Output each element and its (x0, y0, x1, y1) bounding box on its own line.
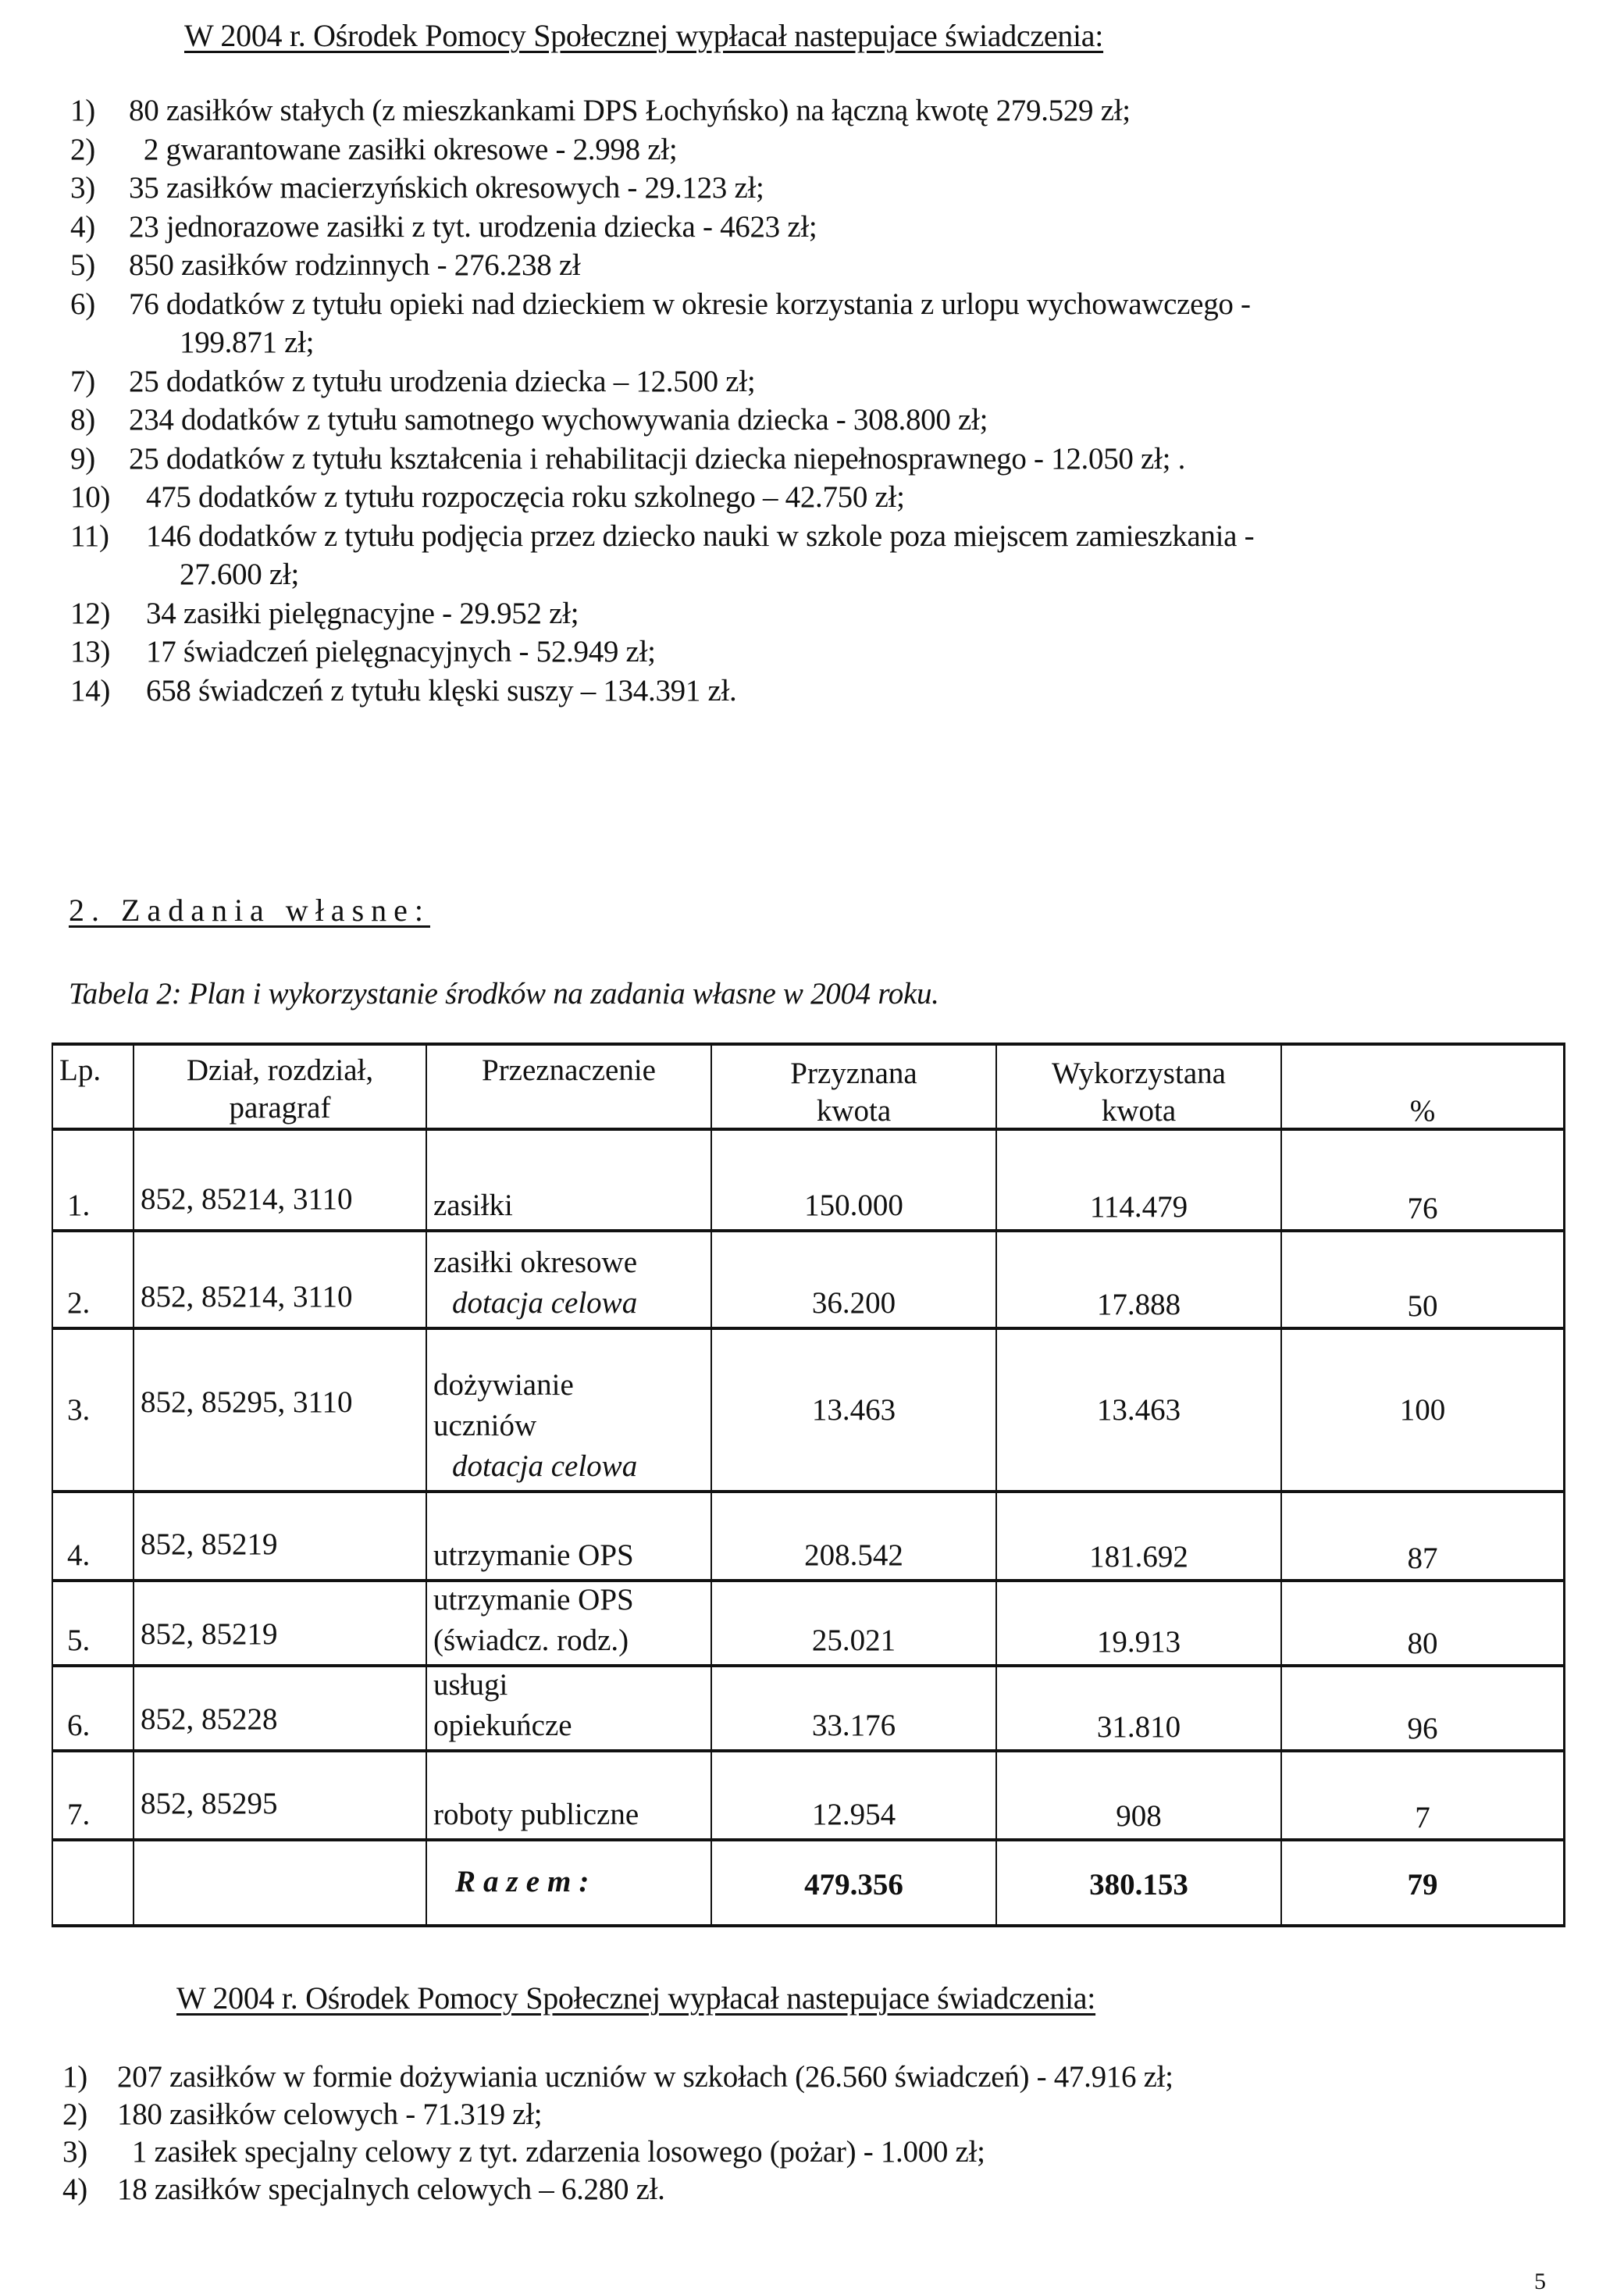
cell-dzial: 852, 85219 (141, 1613, 278, 1656)
header-wykorzystana: Wykorzystana kwota (995, 1046, 1280, 1128)
list-item-number: 3) (70, 173, 95, 203)
cell-procent: 80 (1282, 1622, 1563, 1666)
table-row: 5.852, 85219utrzymanie OPS(świadcz. rodz… (52, 1582, 1565, 1667)
table-row: 7.852, 85295roboty publiczne12.9549087 (52, 1752, 1565, 1841)
cell-lp: 5. (52, 1582, 133, 1664)
cell-wykorzystana: 19.913 (995, 1582, 1280, 1664)
list-item-number: 5) (70, 250, 95, 280)
cell-procent: 96 (1280, 1667, 1565, 1749)
cell-procent: 76 (1280, 1131, 1565, 1229)
list-item: 80 zasiłków stałych (z mieszkankami DPS … (129, 95, 1131, 126)
header-przyznana-line2: kwota (712, 1089, 995, 1133)
cell-lp: 4. (52, 1493, 133, 1579)
cell-przyznana: 33.176 (712, 1704, 995, 1748)
cell-przyznana: 25.021 (710, 1582, 995, 1664)
cell-przeznaczenie-line: dotacja celowa (452, 1281, 637, 1325)
cell-procent: 50 (1280, 1232, 1565, 1327)
total-przyznana-text: 479.356 (712, 1863, 995, 1907)
cell-przyznana: 13.463 (712, 1388, 995, 1432)
table-header-row: Lp. Dział, rozdział, paragraf Przeznacze… (52, 1043, 1565, 1131)
cell-procent: 87 (1282, 1537, 1563, 1581)
cell-przeznaczenie: utrzymanie OPS(świadcz. rodz.) (426, 1582, 710, 1664)
header-lp: Lp. (52, 1046, 133, 1128)
cell-wykorzystana: 114.479 (997, 1185, 1280, 1229)
table-row: 2.852, 85214, 3110zasiłki okresowedotacj… (52, 1232, 1565, 1330)
cell-lp: 1. (67, 1184, 90, 1228)
list-item: 34 zasiłki pielęgnacyjne - 29.952 zł; (146, 598, 579, 629)
cell-dzial: 852, 85214, 3110 (133, 1232, 426, 1327)
cell-przyznana: 208.542 (710, 1493, 995, 1579)
cell-wykorzystana: 17.888 (997, 1283, 1280, 1327)
list-item-number: 11) (70, 521, 109, 551)
cell-przyznana: 208.542 (712, 1534, 995, 1577)
cell-przyznana: 36.200 (710, 1232, 995, 1327)
list-item: 146 dodatków z tytułu podjęcia przez dzi… (146, 521, 1254, 551)
cell-przeznaczenie-line: roboty publiczne (433, 1793, 639, 1837)
cell-lp: 6. (67, 1704, 90, 1748)
cell-przyznana: 12.954 (712, 1793, 995, 1837)
cell-przyznana: 150.000 (710, 1131, 995, 1229)
total-przyznana: 479.356 (710, 1841, 995, 1924)
list-item: 475 dodatków z tytułu rozpoczęcia roku s… (146, 482, 905, 512)
cell-dzial: 852, 85295 (141, 1782, 278, 1826)
list-item: 1 zasiłek specjalny celowy z tyt. zdarze… (117, 2137, 985, 2167)
cell-dzial: 852, 85228 (133, 1667, 426, 1749)
cell-przeznaczenie-line: dotacja celowa (452, 1445, 637, 1488)
list-item-number: 14) (70, 675, 110, 706)
cell-wykorzystana: 908 (997, 1795, 1280, 1838)
cell-dzial: 852, 85295, 3110 (133, 1330, 426, 1490)
header-przeznaczenie: Przeznaczenie (426, 1046, 710, 1128)
list-item: 17 świadczeń pielęgnacyjnych - 52.949 zł… (146, 636, 656, 667)
cell-przeznaczenie: utrzymanie OPS (426, 1493, 710, 1579)
list-item-number: 7) (70, 366, 95, 397)
list-item-number: 10) (70, 482, 110, 512)
cell-lp: 3. (52, 1330, 133, 1490)
cell-przeznaczenie-line: zasiłki okresowe (433, 1241, 637, 1285)
table-row: 3.852, 85295, 3110dożywianieuczniówdotac… (52, 1330, 1565, 1493)
cell-przeznaczenie: roboty publiczne (426, 1752, 710, 1838)
header-lp-text: Lp. (59, 1049, 101, 1093)
cell-procent: 50 (1282, 1285, 1563, 1328)
cell-procent: 7 (1282, 1796, 1563, 1840)
cell-przyznana: 150.000 (712, 1184, 995, 1228)
cell-lp: 3. (67, 1388, 90, 1432)
list-item: 35 zasiłków macierzyńskich okresowych - … (129, 173, 764, 203)
cell-lp: 1. (52, 1131, 133, 1229)
cell-procent: 7 (1280, 1752, 1565, 1838)
list-item-continuation: 199.871 zł; (180, 327, 314, 358)
cell-przeznaczenie: usługiopiekuńcze (426, 1667, 710, 1749)
cell-przeznaczenie-line: utrzymanie OPS (433, 1534, 634, 1577)
list-item-number: 4) (62, 2174, 87, 2205)
cell-wykorzystana: 908 (995, 1752, 1280, 1838)
cell-procent: 100 (1282, 1388, 1563, 1432)
cell-wykorzystana: 31.810 (997, 1706, 1280, 1749)
list-item: 18 zasiłków specjalnych celowych – 6.280… (117, 2174, 665, 2205)
cell-lp: 5. (67, 1619, 90, 1663)
table-row: 4.852, 85219utrzymanie OPS208.542181.692… (52, 1493, 1565, 1582)
section-heading: W 2004 r. Ośrodek Pomocy Społecznej wypł… (184, 17, 1103, 54)
cell-lp: 7. (52, 1752, 133, 1838)
cell-dzial: 852, 85214, 3110 (133, 1131, 426, 1229)
cell-wykorzystana: 19.913 (997, 1620, 1280, 1664)
cell-wykorzystana: 31.810 (995, 1667, 1280, 1749)
total-lp (52, 1841, 133, 1924)
cell-dzial: 852, 85214, 3110 (141, 1178, 353, 1221)
list-item: 180 zasiłków celowych - 71.319 zł; (117, 2099, 542, 2130)
cell-wykorzystana: 13.463 (997, 1388, 1280, 1432)
cell-wykorzystana: 181.692 (995, 1493, 1280, 1579)
cell-przeznaczenie-line: usługi (433, 1663, 507, 1707)
cell-przyznana: 25.021 (712, 1619, 995, 1663)
total-wykorzystana-text: 380.153 (997, 1863, 1280, 1907)
cell-przeznaczenie-line: utrzymanie OPS (433, 1578, 634, 1622)
list-item-number: 6) (70, 289, 95, 319)
total-dzial (133, 1841, 426, 1924)
cell-wykorzystana: 13.463 (995, 1330, 1280, 1490)
cell-lp: 2. (52, 1232, 133, 1327)
total-procent: 79 (1280, 1841, 1565, 1924)
list-item: 207 zasiłków w formie dożywiania uczniów… (117, 2062, 1173, 2092)
cell-wykorzystana: 17.888 (995, 1232, 1280, 1327)
cell-dzial: 852, 85295, 3110 (141, 1381, 353, 1424)
cell-procent: 87 (1280, 1493, 1565, 1579)
total-label: Razem: (455, 1860, 597, 1904)
cell-lp: 7. (67, 1793, 90, 1837)
header-przyznana: Przyznana kwota (710, 1046, 995, 1128)
table-row: 1.852, 85214, 3110zasiłki150.000114.4797… (52, 1131, 1565, 1232)
cell-przeznaczenie-line: dożywianie (433, 1363, 574, 1407)
list-item-number: 1) (70, 95, 95, 126)
table-caption: Tabela 2: Plan i wykorzystanie środków n… (69, 976, 939, 1011)
list-item-number: 12) (70, 598, 110, 629)
cell-dzial: 852, 85219 (133, 1493, 426, 1579)
cell-przeznaczenie: zasiłki okresowedotacja celowa (426, 1232, 710, 1327)
list-item: 234 dodatków z tytułu samotnego wychowyw… (129, 405, 988, 435)
header-dzial-line2: paragraf (134, 1086, 426, 1130)
header-procent: % (1280, 1046, 1565, 1128)
total-procent-text: 79 (1282, 1863, 1563, 1907)
cell-procent: 80 (1280, 1582, 1565, 1664)
cell-dzial: 852, 85219 (141, 1523, 278, 1567)
cell-dzial: 852, 85295 (133, 1752, 426, 1838)
list-item: 850 zasiłków rodzinnych - 276.238 zł (129, 250, 580, 280)
cell-dzial: 852, 85228 (141, 1698, 278, 1741)
cell-przyznana: 33.176 (710, 1667, 995, 1749)
list-item: 23 jednorazowe zasiłki z tyt. urodzenia … (129, 212, 817, 242)
table-body: 1.852, 85214, 3110zasiłki150.000114.4797… (52, 1131, 1565, 1841)
section-title: 2. Zadania własne: (69, 892, 430, 929)
cell-przeznaczenie: zasiłki (426, 1131, 710, 1229)
list-item-continuation: 27.600 zł; (180, 559, 299, 590)
cell-przeznaczenie-line: zasiłki (433, 1184, 513, 1228)
list-item-number: 2) (70, 134, 95, 165)
cell-lp: 6. (52, 1667, 133, 1749)
cell-lp: 4. (67, 1534, 90, 1577)
header-dzial: Dział, rozdział, paragraf (133, 1046, 426, 1128)
cell-lp: 2. (67, 1281, 90, 1325)
cell-wykorzystana: 181.692 (997, 1535, 1280, 1579)
cell-dzial: 852, 85214, 3110 (141, 1275, 353, 1319)
cell-przeznaczenie-line: uczniów (433, 1404, 536, 1448)
cell-przeznaczenie-line: opiekuńcze (433, 1704, 572, 1748)
list-item-number: 2) (62, 2099, 87, 2130)
section-heading-2: W 2004 r. Ośrodek Pomocy Społecznej wypł… (176, 1980, 1095, 2016)
cell-dzial: 852, 85219 (133, 1582, 426, 1664)
list-item-number: 1) (62, 2062, 87, 2092)
list-item: 25 dodatków z tytułu urodzenia dziecka –… (129, 366, 755, 397)
page-number: 5 (1534, 2269, 1546, 2292)
cell-procent: 100 (1280, 1330, 1565, 1490)
cell-przeznaczenie-line: (świadcz. rodz.) (433, 1619, 629, 1663)
list-item: 2 gwarantowane zasiłki okresowe - 2.998 … (129, 134, 677, 165)
list-item-number: 8) (70, 405, 95, 435)
cell-procent: 76 (1282, 1187, 1563, 1231)
list-item-number: 4) (70, 212, 95, 242)
cell-wykorzystana: 114.479 (995, 1131, 1280, 1229)
header-przeznaczenie-text: Przeznaczenie (427, 1049, 710, 1093)
cell-przyznana: 36.200 (712, 1281, 995, 1325)
header-procent-text: % (1282, 1089, 1563, 1133)
total-label-cell: Razem: (426, 1841, 710, 1924)
list-item: 25 dodatków z tytułu kształcenia i rehab… (129, 444, 1185, 474)
cell-procent: 96 (1282, 1707, 1563, 1751)
list-item-number: 3) (62, 2137, 87, 2167)
cell-przeznaczenie: dożywianieuczniówdotacja celowa (426, 1330, 710, 1490)
table-total-row: Razem: 479.356 380.153 79 (52, 1841, 1565, 1927)
cell-przyznana: 12.954 (710, 1752, 995, 1838)
header-wykorzystana-line2: kwota (997, 1089, 1280, 1133)
own-tasks-table: Lp. Dział, rozdział, paragraf Przeznacze… (52, 1043, 1565, 1927)
list-item: 76 dodatków z tytułu opieki nad dzieckie… (129, 289, 1251, 319)
list-item-number: 13) (70, 636, 110, 667)
table-row: 6.852, 85228usługiopiekuńcze33.17631.810… (52, 1667, 1565, 1752)
list-item-number: 9) (70, 444, 95, 474)
list-item: 658 świadczeń z tytułu klęski suszy – 13… (146, 675, 737, 706)
total-wykorzystana: 380.153 (995, 1841, 1280, 1924)
cell-przyznana: 13.463 (710, 1330, 995, 1490)
